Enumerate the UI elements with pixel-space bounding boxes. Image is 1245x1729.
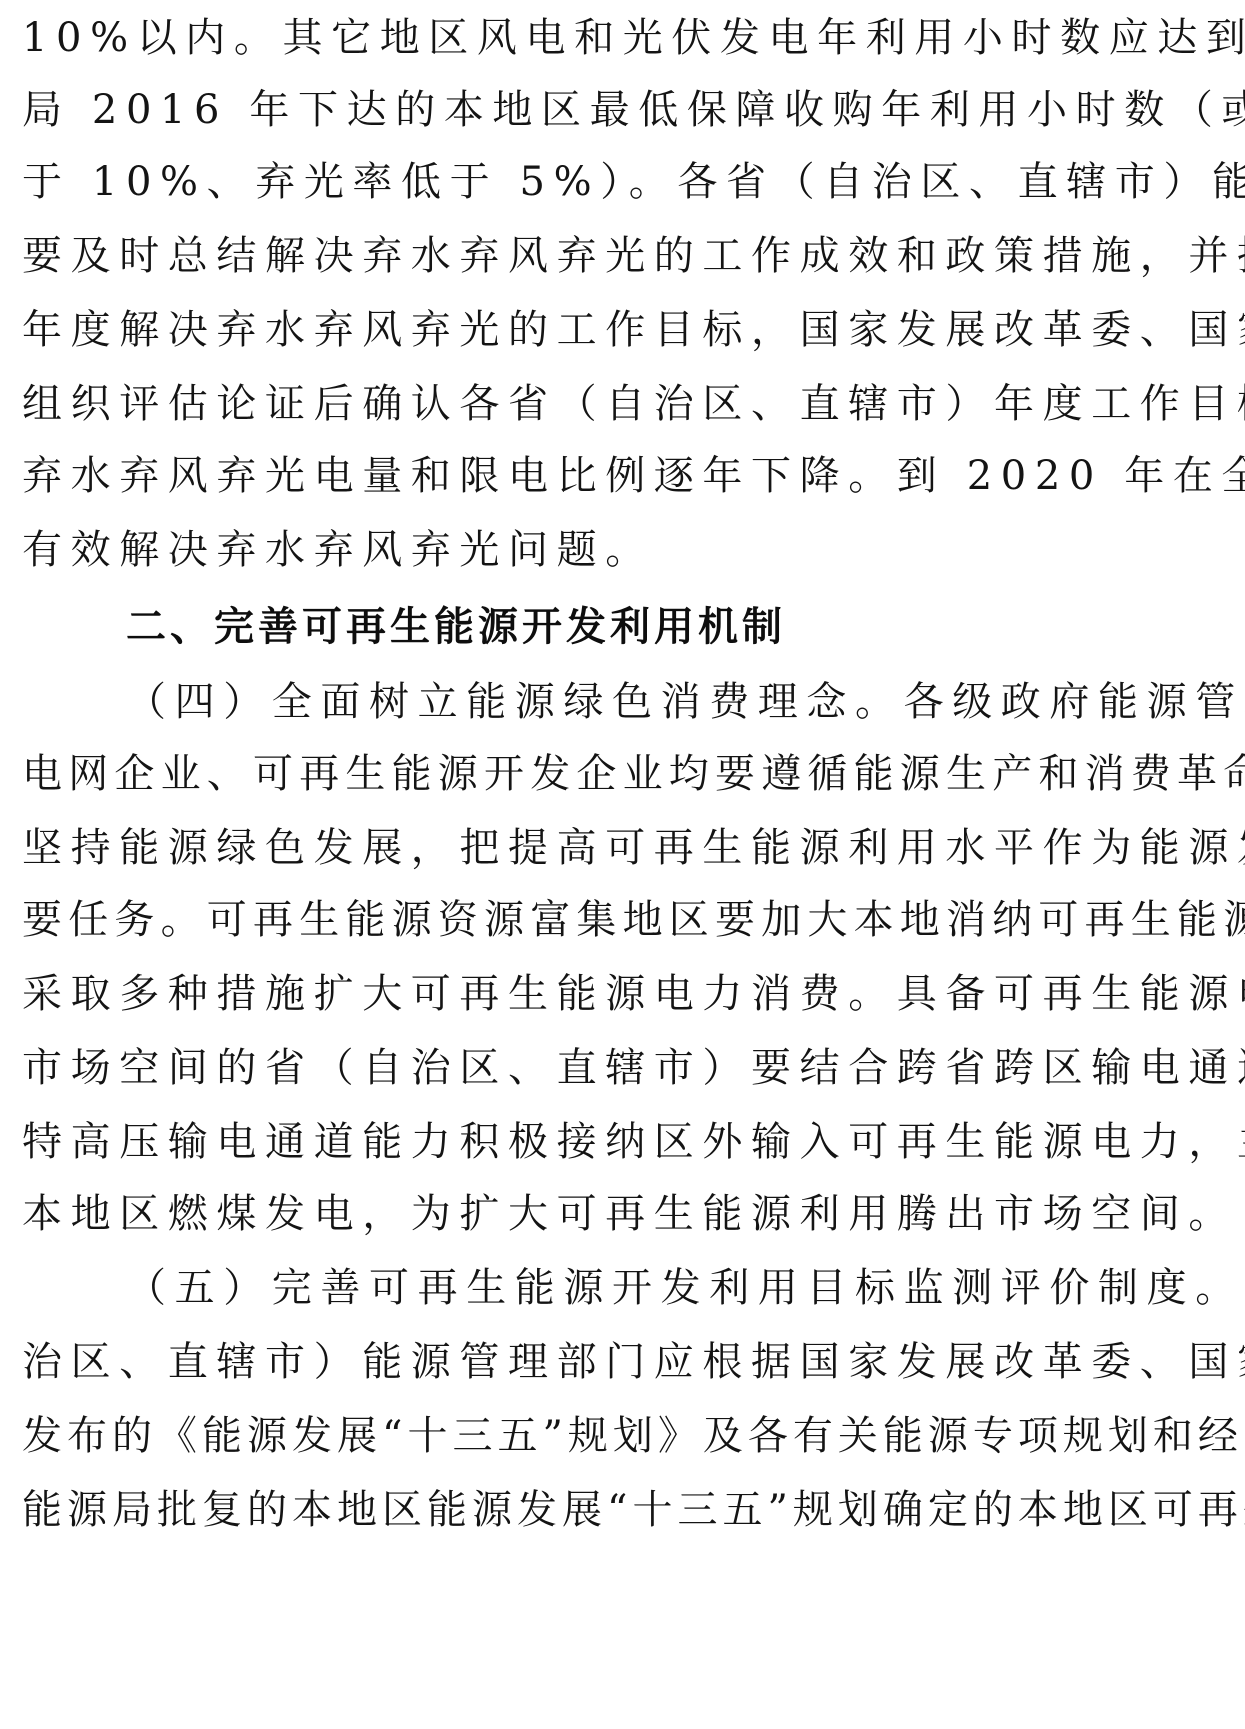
paragraph-line: 要及时总结解决弃水弃风弃光的工作成效和政策措施，并提出后续 bbox=[22, 226, 1222, 286]
paragraph-line: 要任务。可再生能源资源富集地区要加大本地消纳可再生能源力度， bbox=[22, 890, 1222, 950]
paragraph-line: 电网企业、可再生能源开发企业均要遵循能源生产和消费革命战略， bbox=[22, 744, 1222, 804]
paragraph-line: 治区、直辖市）能源管理部门应根据国家发展改革委、国家能源局 bbox=[22, 1332, 1222, 1392]
section-heading: 二、完善可再生能源开发利用机制 bbox=[126, 597, 1222, 657]
paragraph-line: 采取多种措施扩大可再生能源电力消费。具备可再生能源电力消纳 bbox=[22, 964, 1222, 1024]
paragraph-line: 于 10%、弃光率低于 5%）。各省（自治区、直辖市）能源管理部门 bbox=[22, 152, 1222, 212]
paragraph-line: 组织评估论证后确认各省（自治区、直辖市）年度工作目标，确保 bbox=[22, 374, 1222, 434]
paragraph-line: 本地区燃煤发电，为扩大可再生能源利用腾出市场空间。 bbox=[22, 1184, 1222, 1244]
paragraph-line: 10%以内。其它地区风电和光伏发电年利用小时数应达到国家能源 bbox=[22, 8, 1222, 68]
document-page: 10%以内。其它地区风电和光伏发电年利用小时数应达到国家能源 局 2016 年下… bbox=[0, 0, 1245, 1729]
paragraph-line: 特高压输电通道能力积极接纳区外输入可再生能源电力，主动压减 bbox=[22, 1112, 1222, 1172]
paragraph-line: 坚持能源绿色发展，把提高可再生能源利用水平作为能源发展的重 bbox=[22, 818, 1222, 878]
subsection-four-first-line: （四）全面树立能源绿色消费理念。各级政府能源管理部门、 bbox=[126, 672, 1222, 732]
paragraph-line: 市场空间的省（自治区、直辖市）要结合跨省跨区输电通道尤其是 bbox=[22, 1038, 1222, 1098]
paragraph-line: 弃水弃风弃光电量和限电比例逐年下降。到 2020 年在全国范围内 bbox=[22, 446, 1222, 506]
paragraph-line: 年度解决弃水弃风弃光的工作目标，国家发展改革委、国家能源局 bbox=[22, 300, 1222, 360]
paragraph-line: 局 2016 年下达的本地区最低保障收购年利用小时数（或弃风率低 bbox=[22, 80, 1222, 140]
subsection-five-first-line: （五）完善可再生能源开发利用目标监测评价制度。各省（自 bbox=[126, 1258, 1222, 1318]
paragraph-line: 发布的《能源发展“十三五”规划》及各有关能源专项规划和经国家 bbox=[22, 1406, 1222, 1466]
paragraph-line: 有效解决弃水弃风弃光问题。 bbox=[22, 520, 1222, 580]
paragraph-line: 能源局批复的本地区能源发展“十三五”规划确定的本地区可再生 bbox=[22, 1480, 1222, 1540]
